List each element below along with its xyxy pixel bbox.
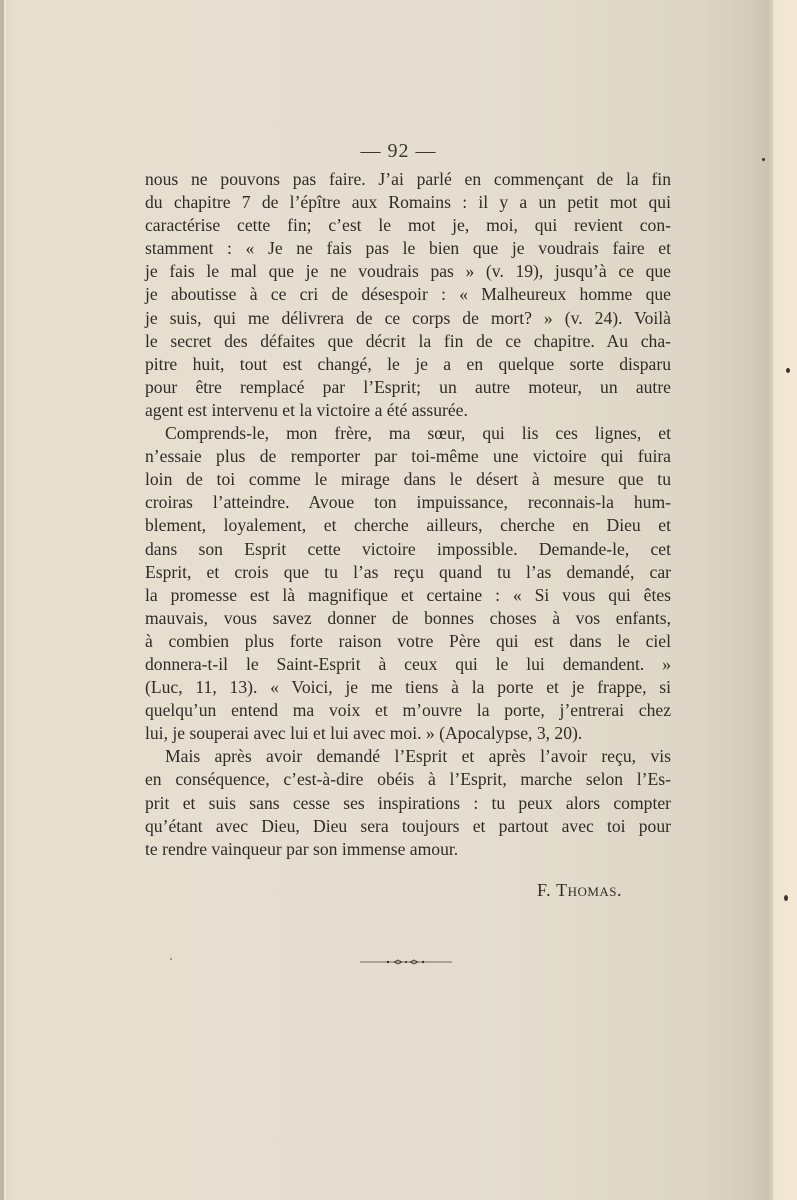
body-text: nous ne pouvons pas faire. J’ai parlé en… — [145, 168, 671, 861]
tail-piece-ornament-icon — [360, 955, 452, 969]
text-line: croiras l’atteindre. Avoue ton impuissan… — [145, 491, 671, 514]
text-line: pour être remplacé par l’Esprit; un autr… — [145, 376, 671, 399]
text-line: je aboutisse à ce cri de désespoir : « M… — [145, 283, 671, 306]
text-line: nous ne pouvons pas faire. J’ai parlé en… — [145, 168, 671, 191]
signature: F. Thomas. — [537, 880, 622, 901]
signature-name: Thomas. — [556, 880, 622, 900]
text-line: qu’étant avec Dieu, Dieu sera toujours e… — [145, 815, 671, 838]
text-line: dans son Esprit cette victoire impossibl… — [145, 538, 671, 561]
text-line: Comprends-le, mon frère, ma sœur, qui li… — [145, 422, 671, 445]
text-line: blement, loyalement, et cherche ailleurs… — [145, 514, 671, 537]
paper-speck — [784, 895, 788, 901]
scanned-book-page: — 92 — nous ne pouvons pas faire. J’ai p… — [0, 0, 797, 1200]
text-line: prit et suis sans cesse ses inspirations… — [145, 792, 671, 815]
text-line: je fais le mal que je ne voudrais pas » … — [145, 260, 671, 283]
text-line: n’essaie plus de remporter par toi-même … — [145, 445, 671, 468]
text-line: lui, je souperai avec lui et lui avec mo… — [145, 722, 671, 745]
text-line: à combien plus forte raison votre Père q… — [145, 630, 671, 653]
paper-speck — [762, 158, 765, 161]
text-line: quelqu’un entend ma voix et m’ouvre la p… — [145, 699, 671, 722]
text-line: (Luc, 11, 13). « Voici, je me tiens à la… — [145, 676, 671, 699]
text-line: du chapitre 7 de l’épître aux Romains : … — [145, 191, 671, 214]
text-line: Mais après avoir demandé l’Esprit et apr… — [145, 745, 671, 768]
text-line: te rendre vainqueur par son immense amou… — [145, 838, 671, 861]
signature-initial: F. — [537, 880, 551, 900]
text-line: en conséquence, c’est-à-dire obéis à l’E… — [145, 768, 671, 791]
text-line: donnera-t-il le Saint-Esprit à ceux qui … — [145, 653, 671, 676]
text-line: loin de toi comme le mirage dans le dése… — [145, 468, 671, 491]
text-line: stamment : « Je ne fais pas le bien que … — [145, 237, 671, 260]
text-line: je suis, qui me délivrera de ce corps de… — [145, 307, 671, 330]
paper-speck — [786, 368, 790, 373]
text-line: le secret des défaites que décrit la fin… — [145, 330, 671, 353]
text-line: caractérise cette fin; c’est le mot je, … — [145, 214, 671, 237]
text-line: mauvais, vous savez donner de bonnes cho… — [145, 607, 671, 630]
paper-speck — [170, 958, 172, 960]
text-line: pitre huit, tout est changé, le je a en … — [145, 353, 671, 376]
text-line: Esprit, et crois que tu l’as reçu quand … — [145, 561, 671, 584]
page-left-edge-highlight — [4, 0, 6, 1200]
paragraph: Mais après avoir demandé l’Esprit et apr… — [145, 745, 671, 860]
paragraph: Comprends-le, mon frère, ma sœur, qui li… — [145, 422, 671, 745]
text-line: agent est intervenu et la victoire a été… — [145, 399, 671, 422]
page-right-fold — [771, 0, 797, 1200]
paragraph: nous ne pouvons pas faire. J’ai parlé en… — [145, 168, 671, 422]
text-line: la promesse est là magnifique et certain… — [145, 584, 671, 607]
page-number: — 92 — — [0, 140, 797, 163]
